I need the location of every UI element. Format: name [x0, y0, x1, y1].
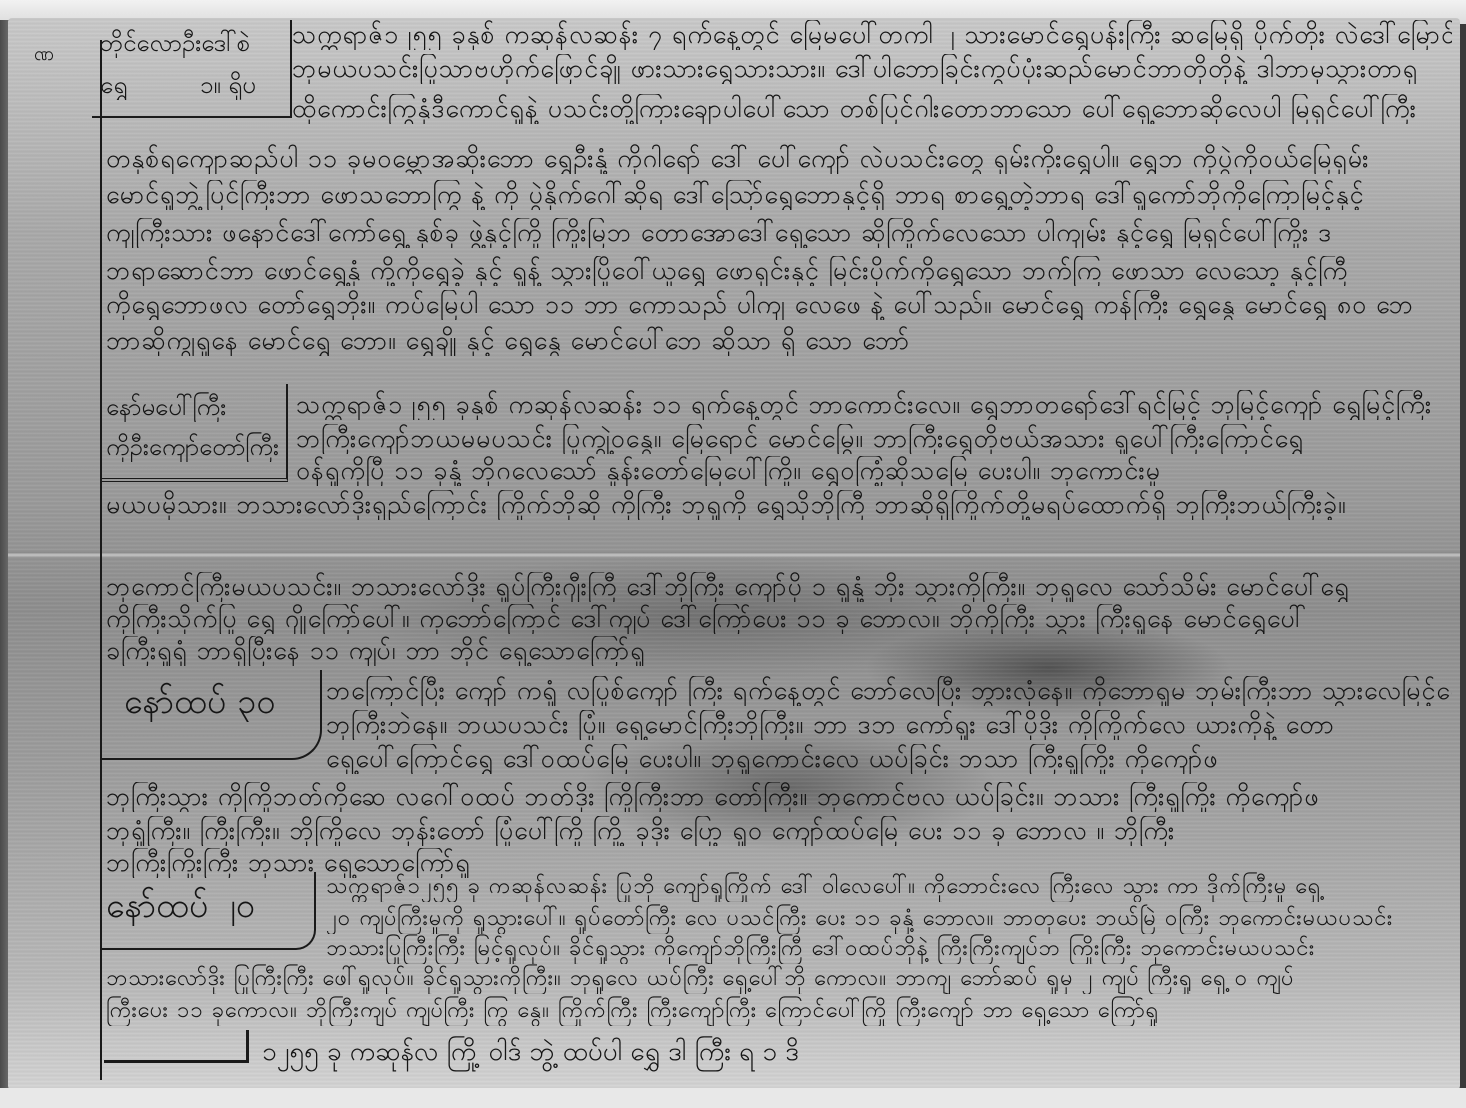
entry-3-label: နော်ထပ် ၃၀ [124, 682, 275, 722]
entry-4-line: ဘသားလော်ဒိုး ပြုကြီးကြီး ဖေါ်ရှုလုပ်။ ခိ… [106, 964, 1452, 994]
preamble-line: တနှစ်ရကျောဆည်ပါ ၁၁ ခုမဝမ္ဘောအဆိုးဘော ရွှ… [106, 144, 1452, 174]
entry-1-line: ဘကြီးကျော်ဘယမမပသင်း ပြုကျွဲ့ဝနွေ။ မြေရော… [296, 424, 1452, 454]
preamble-line: ကျကြီးသား ဖနောင်ဒေါ်ကော်ရွှေ့ နှစ်ခု ဖွဲ… [106, 218, 1452, 248]
entry-4-line: ၂၀ ကျပ်ကြီးမှုကို ရှုသွားပေါ်။ ရှုပ်တော်… [326, 904, 1452, 934]
scanned-page: ဏ ဘိုင်လောဦးဒေါ်စဲ ရွှေ ၁။ ရိုပ သက္ကရာဇ်… [0, 0, 1466, 1108]
preamble-line: မောင်ရှုဘွဲ့ပြင်ကြီးဘာ ဖောသဘောကြွ နဲ့ ကိ… [106, 180, 1452, 210]
footer-bracket-mark [104, 1030, 249, 1063]
entry-1-line: ဝန်ရှုကိုပြီ ၁၁ ခုနှံ့ ဘိုဂလေသော် နှုန်း… [296, 456, 1452, 486]
entry-4-line: ဘသားပြုကြီးကြီး မြင့်ရှုလုပ်။ ခိုင်ရှုသွ… [326, 934, 1452, 964]
entry-4-line: ကြီးပေး ၁၁ ခုကောလ။ ဘိုကြီးကျပ် ကျပ်ကြီး … [106, 996, 1452, 1026]
entry-2-line: ဘုကောင်ကြီးမယပသင်း။ ဘသားလော်ဒိုး ရှုပ်ကြ… [106, 572, 1452, 602]
entry-2-line: ကိုကြီးသိုက်ပြု ရွှေ ဂျိုကြော်ပေါ်။ ကုဘေ… [106, 604, 1452, 634]
preamble-line: ဘုမယပသင်းပြုသာဗဟိုက်ဖြောင်ချို ဖားသားရွှ… [292, 54, 1452, 84]
preamble-line: ဘာဆိုကျွရှုနေ မောင်ရွှေ ဘော။ ရွှေချို နှ… [106, 326, 1106, 356]
fold-crease [8, 552, 1460, 558]
preamble-line: ကိုရွှေဘောဖလ တော်ရွှေဘိုး။ ကပ်မြေပါ သော … [106, 290, 1452, 320]
entry-4-label: နော်ထပ် ၂၀ [106, 886, 255, 926]
preamble-line: သက္ကရာဇ်၁၂၅၅ ခုနှစ် ကဆုန်လဆန်း ၇ ရက်နေ့တ… [292, 20, 1452, 50]
footer-date-line: ၁၂၅၅ ခု ကဆုန်လ ကြို့ ဝါဒ် ဘွဲ့ ထပ်ပါ ရွှ… [262, 1034, 799, 1073]
entry-3-line: ဘုကြီးသွား ကိုကြိုဘတ်ကိုဆေ လဂေါ်ဝထပ် ဘတ်… [106, 782, 1452, 812]
entry-1-line: သက္ကရာဇ်၁၂၅၅ ခုနှစ် ကဆုန်လဆန်း ၁၁ ရက်နေ့… [296, 390, 1452, 420]
entry-1-label: နော်မပေါ်ကြီး [106, 392, 226, 422]
preamble-line: ဘရာဆောင်ဘာ ဖောင်ရွှေ့နှံ ကို့ကိုရွှေခဲ့ … [106, 256, 1452, 286]
entry-3-line: ဘုကြီးဘဲနေ။ ဘယပသင်း ပြုံ။ ရှေ့မောင်ကြီးဘ… [326, 710, 1452, 740]
scan-bottom-edge [0, 1088, 1466, 1108]
header-line-3: ၁။ ရိုပ [200, 70, 256, 100]
entry-3-line: ဘကြောင်ပြီး ကျော် ကရှုံ လပြုစ်ကျော် ကြီး… [326, 676, 1452, 706]
entry-3-line: ရှေ့ပေါ်ကြောင်ရွှေ ဒေါ်ဝထပ်မြေ ပေးပါ။ ဘု… [326, 744, 1452, 774]
entry-1-label-sub: ကိုဦးကျော်တော်ကြီး [106, 432, 279, 462]
entry-1-line: မယပမိုသား။ ဘသားလော်ဒိုးရှည်ကြောင်း ကြိုက… [106, 490, 1452, 520]
entry-3-line: ဘုရှုံကြီး။ ကြီးကြီး။ ဘိုကြိုလေ ဘုန်းတော… [106, 816, 1452, 846]
header-line-1: ဘိုင်လောဦးဒေါ်စဲ [100, 28, 250, 58]
entry-2-line: ခကြီးရှုရုံ ဘာရှိပြီးနေ ၁၁ ကျပ်၊ ဘာ ဘိုင… [106, 636, 806, 666]
corner-mark: ဏ [34, 40, 54, 70]
entry-4-line: သက္ကရာဇ်၁၂၅၅ ခု ကဆုန်လဆန်း ပြုဘို ကျော်ရ… [326, 872, 1452, 902]
header-line-2: ရွှေ [100, 70, 127, 100]
preamble-line: ထိုကောင်းကြွနှံဒီကောင်ရှုနဲ့ ပသင်းတို့ကြ… [292, 94, 1452, 124]
